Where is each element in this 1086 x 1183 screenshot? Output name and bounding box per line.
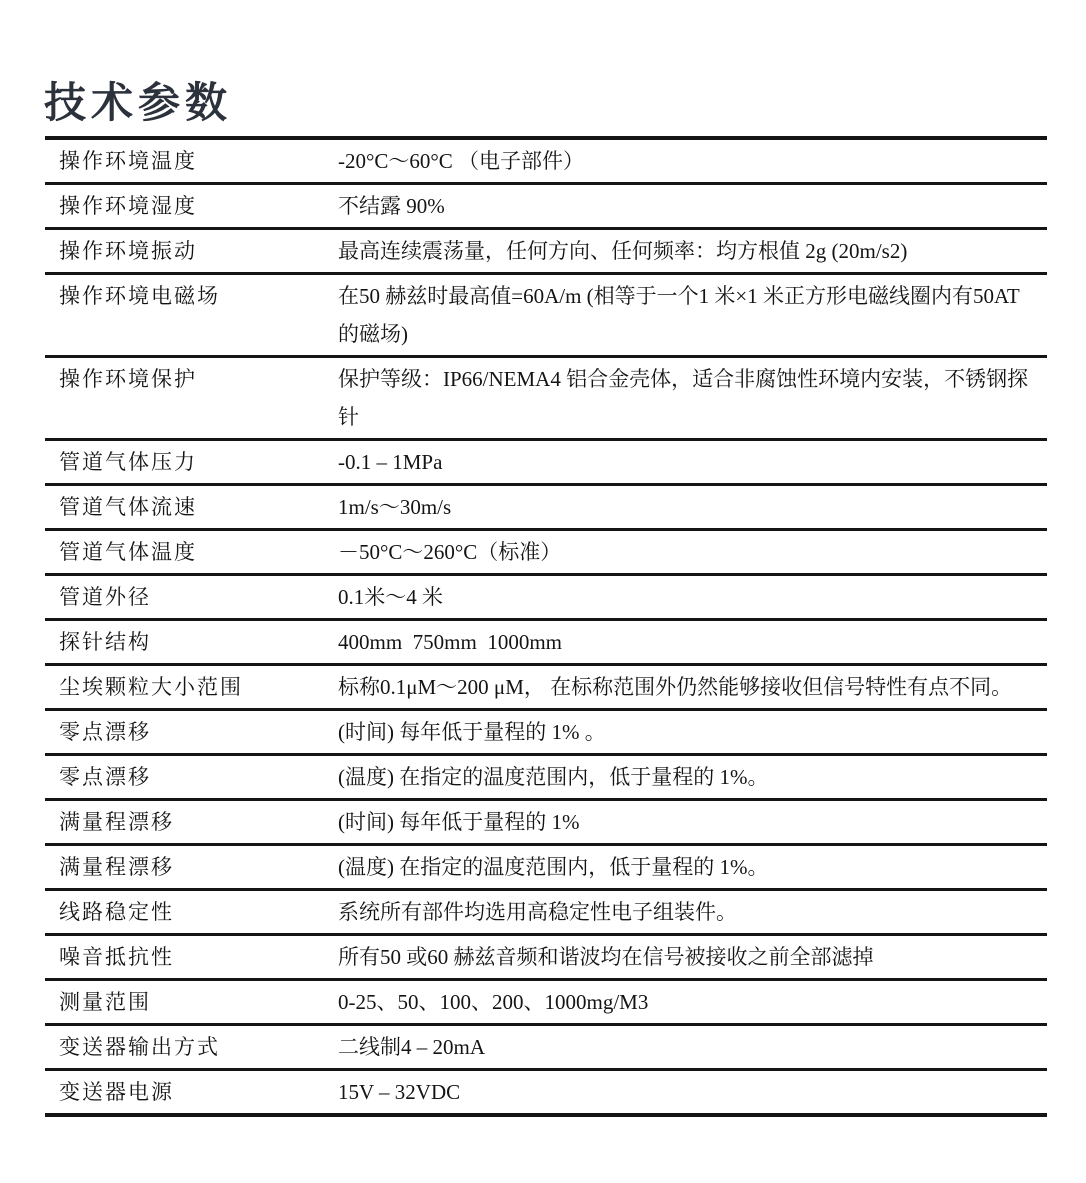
table-row: 满量程漂移 (温度) 在指定的温度范围内，低于量程的 1%。 — [45, 843, 1047, 888]
param-label: 尘埃颗粒大小范围 — [45, 668, 338, 706]
param-label: 操作环境电磁场 — [45, 277, 338, 315]
table-row: 操作环境湿度 不结露 90% — [45, 182, 1047, 227]
param-label: 线路稳定性 — [45, 893, 338, 931]
param-label: 满量程漂移 — [45, 803, 338, 841]
param-value: (温度) 在指定的温度范围内，低于量程的 1%。 — [338, 758, 1047, 796]
table-row: 操作环境保护 保护等级：IP66/NEMA4 铝合金壳体，适合非腐蚀性环境内安装… — [45, 355, 1047, 438]
table-row: 零点漂移 (温度) 在指定的温度范围内，低于量程的 1%。 — [45, 753, 1047, 798]
param-value: -0.1 – 1MPa — [338, 443, 1047, 481]
table-row: 线路稳定性 系统所有部件均选用高稳定性电子组装件。 — [45, 888, 1047, 933]
param-label: 管道气体流速 — [45, 488, 338, 526]
spec-table: 操作环境温度 -20°C～60°C （电子部件） 操作环境湿度 不结露 90% … — [45, 136, 1047, 1117]
param-label: 操作环境保护 — [45, 360, 338, 398]
param-value: 标称0.1μM～200 μM， 在标称范围外仍然能够接收但信号特性有点不同。 — [338, 668, 1047, 706]
param-value: 0-25、50、100、200、1000mg/M3 — [338, 983, 1047, 1021]
table-row: 操作环境振动 最高连续震荡量，任何方向、任何频率：均方根值 2g (20m/s2… — [45, 227, 1047, 272]
table-row: 变送器输出方式 二线制4 – 20mA — [45, 1023, 1047, 1068]
table-row: 尘埃颗粒大小范围 标称0.1μM～200 μM， 在标称范围外仍然能够接收但信号… — [45, 663, 1047, 708]
param-value: (时间) 每年低于量程的 1% — [338, 803, 1047, 841]
param-value: 不结露 90% — [338, 187, 1047, 225]
table-row: 管道气体温度 －50°C～260°C（标准） — [45, 528, 1047, 573]
param-label: 探针结构 — [45, 623, 338, 661]
page-title: 技术参数 — [44, 70, 232, 130]
param-label: 零点漂移 — [45, 713, 338, 751]
param-label: 操作环境湿度 — [45, 187, 338, 225]
param-label: 操作环境温度 — [45, 142, 338, 180]
param-label: 管道气体压力 — [45, 443, 338, 481]
param-label: 满量程漂移 — [45, 848, 338, 886]
param-label: 变送器输出方式 — [45, 1028, 338, 1066]
table-row: 操作环境温度 -20°C～60°C （电子部件） — [45, 140, 1047, 182]
param-value: -20°C～60°C （电子部件） — [338, 142, 1047, 180]
param-label: 变送器电源 — [45, 1073, 338, 1111]
param-value: 15V – 32VDC — [338, 1073, 1047, 1111]
param-value: (时间) 每年低于量程的 1% 。 — [338, 713, 1047, 751]
param-value: 在50 赫兹时最高值=60A/m (相等于一个1 米×1 米正方形电磁线圈内有5… — [338, 277, 1047, 353]
param-value: －50°C～260°C（标准） — [338, 533, 1047, 571]
param-value: 保护等级：IP66/NEMA4 铝合金壳体，适合非腐蚀性环境内安装，不锈钢探针 — [338, 360, 1047, 436]
table-row: 操作环境电磁场 在50 赫兹时最高值=60A/m (相等于一个1 米×1 米正方… — [45, 272, 1047, 355]
param-label: 管道气体温度 — [45, 533, 338, 571]
table-row: 测量范围 0-25、50、100、200、1000mg/M3 — [45, 978, 1047, 1023]
table-row: 变送器电源 15V – 32VDC — [45, 1068, 1047, 1113]
table-row: 管道气体流速 1m/s～30m/s — [45, 483, 1047, 528]
table-row: 管道外径 0.1米～4 米 — [45, 573, 1047, 618]
table-row: 噪音抵抗性 所有50 或60 赫兹音频和谐波均在信号被接收之前全部滤掉 — [45, 933, 1047, 978]
param-value: 1m/s～30m/s — [338, 488, 1047, 526]
param-value: (温度) 在指定的温度范围内，低于量程的 1%。 — [338, 848, 1047, 886]
param-label: 操作环境振动 — [45, 232, 338, 270]
param-value: 0.1米～4 米 — [338, 578, 1047, 616]
table-row: 零点漂移 (时间) 每年低于量程的 1% 。 — [45, 708, 1047, 753]
param-value: 400mm 750mm 1000mm — [338, 623, 1047, 661]
param-label: 噪音抵抗性 — [45, 938, 338, 976]
param-value: 所有50 或60 赫兹音频和谐波均在信号被接收之前全部滤掉 — [338, 938, 1047, 976]
param-value: 最高连续震荡量，任何方向、任何频率：均方根值 2g (20m/s2) — [338, 232, 1047, 270]
param-value: 二线制4 – 20mA — [338, 1028, 1047, 1066]
table-row: 管道气体压力 -0.1 – 1MPa — [45, 438, 1047, 483]
table-row: 满量程漂移 (时间) 每年低于量程的 1% — [45, 798, 1047, 843]
param-label: 测量范围 — [45, 983, 338, 1021]
param-label: 管道外径 — [45, 578, 338, 616]
param-value: 系统所有部件均选用高稳定性电子组装件。 — [338, 893, 1047, 931]
table-row: 探针结构 400mm 750mm 1000mm — [45, 618, 1047, 663]
param-label: 零点漂移 — [45, 758, 338, 796]
